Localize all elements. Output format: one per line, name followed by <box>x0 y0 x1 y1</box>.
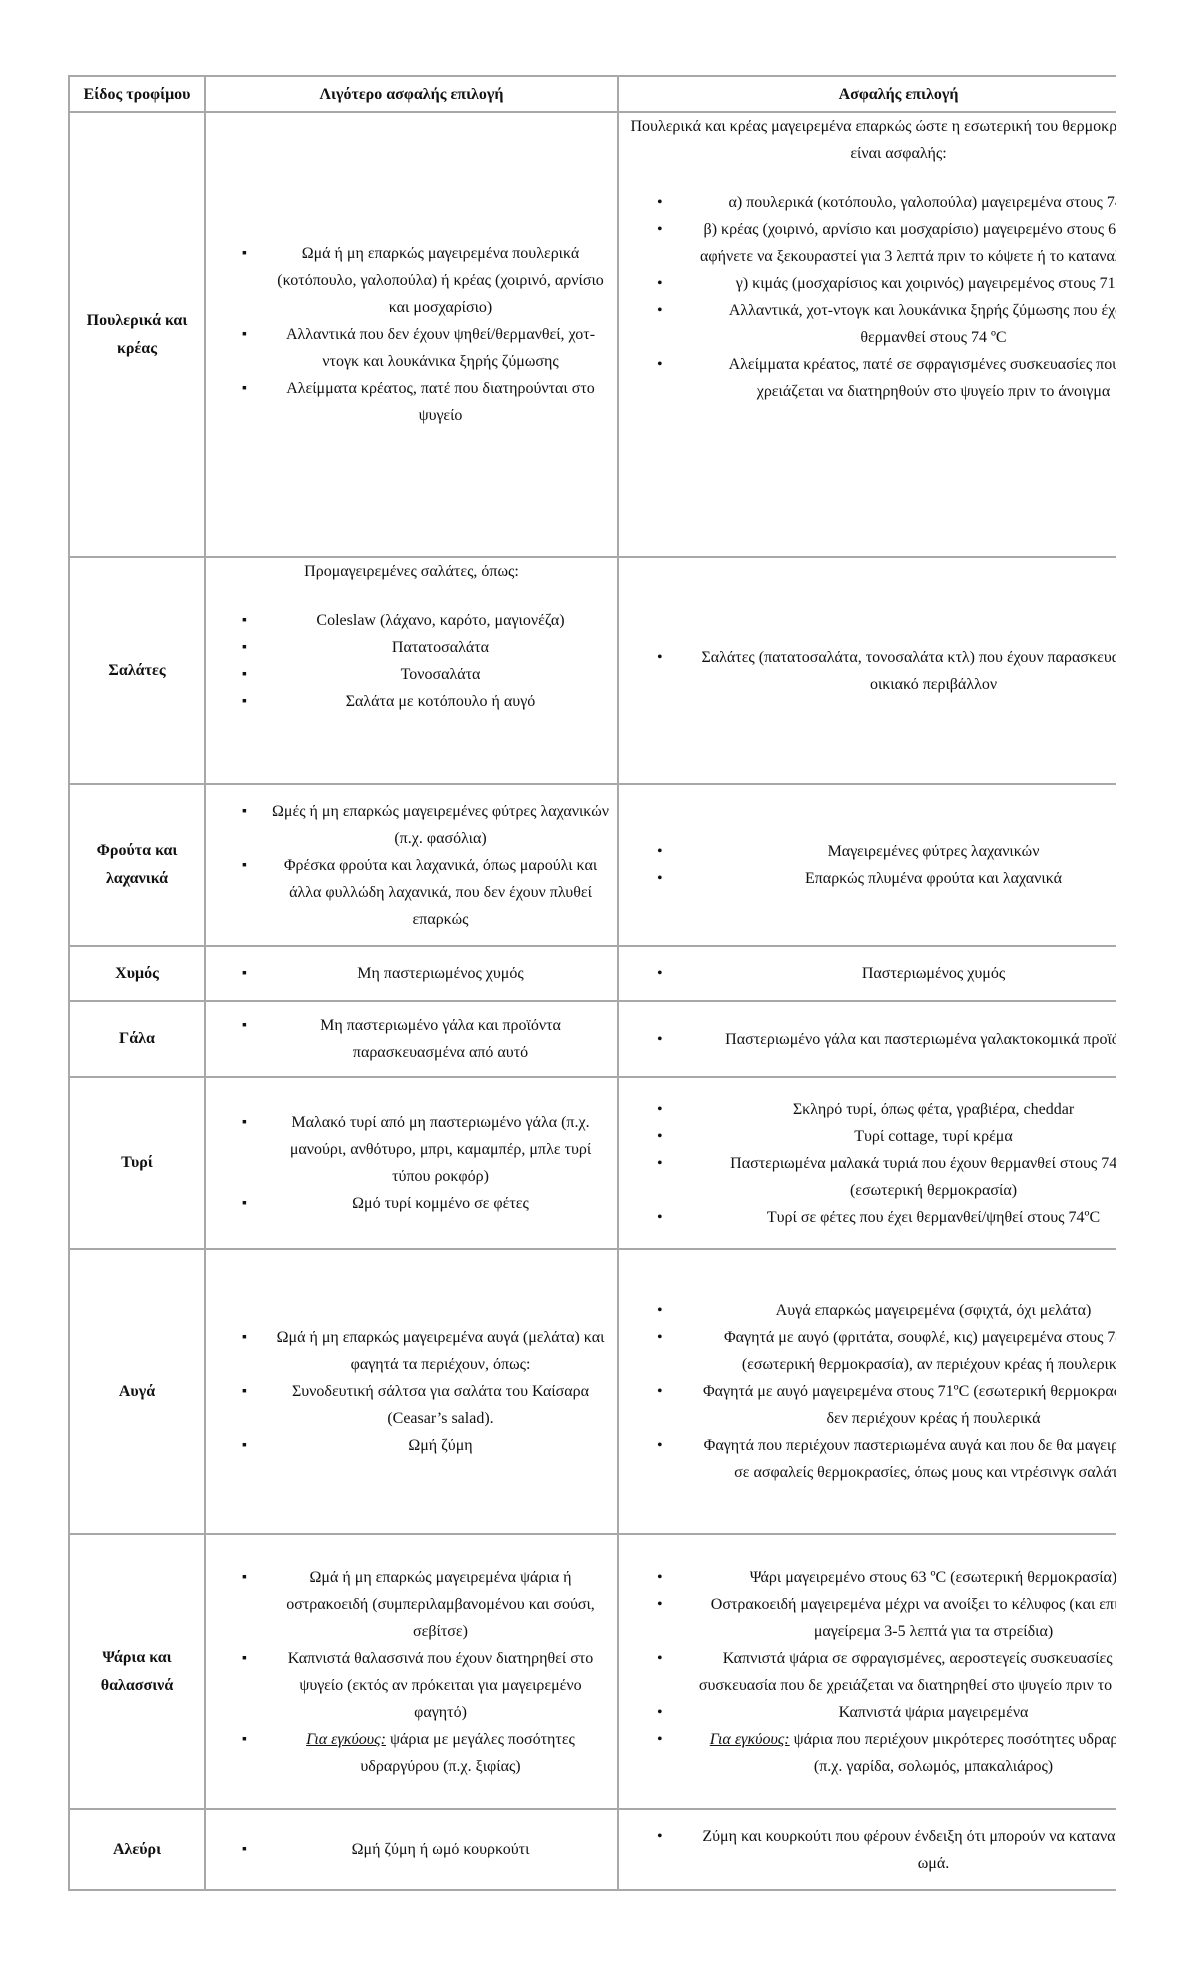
list-item: Ωμά ή μη επαρκώς μαγειρεμένα ψάρια ή οστ… <box>242 1564 609 1645</box>
list-item: Ψάρι μαγειρεμένο στους 63 ºC (εσωτερική … <box>657 1564 1116 1591</box>
list-item: Παστεριωμένο γάλα και παστεριωμένα γαλακ… <box>657 1026 1116 1053</box>
table-body: Πουλερικά και κρέαςΩμά ή μη επαρκώς μαγε… <box>69 112 1116 1890</box>
bullet-list: Ωμά ή μη επαρκώς μαγειρεμένα αυγά (μελάτ… <box>214 1324 609 1459</box>
list-item: Αλείμματα κρέατος, πατέ σε σφραγισμένες … <box>657 351 1116 405</box>
list-item: Οστρακοειδή μαγειρεμένα μέχρι να ανοίξει… <box>657 1591 1116 1645</box>
less-safe-cell: Μαλακό τυρί από μη παστεριωμένο γάλα (π.… <box>205 1077 618 1249</box>
list-item: Coleslaw (λάχανο, καρότο, μαγιονέζα) <box>242 607 609 634</box>
bullet-list: Ωμά ή μη επαρκώς μαγειρεμένα πουλερικά (… <box>214 240 609 429</box>
list-item: Αυγά επαρκώς μαγειρεμένα (σφιχτά, όχι με… <box>657 1297 1116 1324</box>
list-item: Ωμή ζύμη ή ωμό κουρκούτι <box>242 1836 609 1863</box>
food-category-cell: Τυρί <box>69 1077 205 1249</box>
list-item: Μαλακό τυρί από μη παστεριωμένο γάλα (π.… <box>242 1109 609 1190</box>
safe-cell: Πουλερικά και κρέας μαγειρεμένα επαρκώς … <box>618 112 1116 557</box>
list-item: Παστεριωμένα μαλακά τυριά που έχουν θερμ… <box>657 1150 1116 1204</box>
list-item: Για εγκύους: ψάρια που περιέχουν μικρότε… <box>657 1726 1116 1780</box>
list-item: Αλλαντικά που δεν έχουν ψηθεί/θερμανθεί,… <box>242 321 609 375</box>
list-item: Φρέσκα φρούτα και λαχανικά, όπως μαρούλι… <box>242 852 609 933</box>
list-item: Τονοσαλάτα <box>242 661 609 688</box>
list-item: Τυρί σε φέτες που έχει θερμανθεί/ψηθεί σ… <box>657 1204 1116 1231</box>
safe-cell: Σκληρό τυρί, όπως φέτα, γραβιέρα, chedda… <box>618 1077 1116 1249</box>
list-item: Αλλαντικά, χοτ-ντογκ και λουκάνικα ξηρής… <box>657 297 1116 351</box>
bullet-list: α) πουλερικά (κοτόπουλο, γαλοπούλα) μαγε… <box>627 189 1116 405</box>
table-row: Πουλερικά και κρέαςΩμά ή μη επαρκώς μαγε… <box>69 112 1116 557</box>
header-food-type: Είδος τροφίμου <box>69 76 205 112</box>
food-category-cell: Αυγά <box>69 1249 205 1534</box>
list-item: α) πουλερικά (κοτόπουλο, γαλοπούλα) μαγε… <box>657 189 1116 216</box>
safe-cell: Παστεριωμένο γάλα και παστεριωμένα γαλακ… <box>618 1001 1116 1077</box>
list-item: Σαλάτες (πατατοσαλάτα, τονοσαλάτα κτλ) π… <box>657 644 1116 698</box>
safe-cell: Μαγειρεμένες φύτρες λαχανικώνΕπαρκώς πλυ… <box>618 784 1116 946</box>
list-item: Καπνιστά θαλασσινά που έχουν διατηρηθεί … <box>242 1645 609 1726</box>
food-category-cell: Αλεύρι <box>69 1809 205 1890</box>
food-category-cell: Φρούτα και λαχανικά <box>69 784 205 946</box>
list-item: Φαγητά με αυγό μαγειρεμένα στους 71ºC (ε… <box>657 1378 1116 1432</box>
list-item: Σκληρό τυρί, όπως φέτα, γραβιέρα, chedda… <box>657 1096 1116 1123</box>
bullet-list: Μη παστεριωμένο γάλα και προϊόντα παρασκ… <box>214 1012 609 1066</box>
list-item: Μη παστεριωμένο γάλα και προϊόντα παρασκ… <box>242 1012 609 1066</box>
safe-cell: Ψάρι μαγειρεμένο στους 63 ºC (εσωτερική … <box>618 1534 1116 1809</box>
list-item: Μη παστεριωμένος χυμός <box>242 960 609 987</box>
bullet-list: Παστεριωμένο γάλα και παστεριωμένα γαλακ… <box>627 1026 1116 1053</box>
list-item: Μαγειρεμένες φύτρες λαχανικών <box>657 838 1116 865</box>
table-row: Φρούτα και λαχανικάΩμές ή μη επαρκώς μαγ… <box>69 784 1116 946</box>
safe-cell: Σαλάτες (πατατοσαλάτα, τονοσαλάτα κτλ) π… <box>618 557 1116 784</box>
bullet-list: Ψάρι μαγειρεμένο στους 63 ºC (εσωτερική … <box>627 1564 1116 1780</box>
table-row: ΓάλαΜη παστεριωμένο γάλα και προϊόντα πα… <box>69 1001 1116 1077</box>
list-item: Αλείμματα κρέατος, πατέ που διατηρούνται… <box>242 375 609 429</box>
cell-intro-text: Πουλερικά και κρέας μαγειρεμένα επαρκώς … <box>627 113 1116 167</box>
food-category-cell: Χυμός <box>69 946 205 1001</box>
bullet-list: Σκληρό τυρί, όπως φέτα, γραβιέρα, chedda… <box>627 1096 1116 1231</box>
table-row: ΣαλάτεςΠρομαγειρεμένες σαλάτες, όπως:Col… <box>69 557 1116 784</box>
less-safe-cell: Ωμά ή μη επαρκώς μαγειρεμένα πουλερικά (… <box>205 112 618 557</box>
table-row: ΤυρίΜαλακό τυρί από μη παστεριωμένο γάλα… <box>69 1077 1116 1249</box>
header-safe: Ασφαλής επιλογή <box>618 76 1116 112</box>
list-item: Καπνιστά ψάρια μαγειρεμένα <box>657 1699 1116 1726</box>
list-item: Ωμή ζύμη <box>242 1432 609 1459</box>
bullet-list: Coleslaw (λάχανο, καρότο, μαγιονέζα)Πατα… <box>214 607 609 715</box>
bullet-list: Μαλακό τυρί από μη παστεριωμένο γάλα (π.… <box>214 1109 609 1217</box>
less-safe-cell: Μη παστεριωμένος χυμός <box>205 946 618 1001</box>
list-item: Επαρκώς πλυμένα φρούτα και λαχανικά <box>657 865 1116 892</box>
list-item: Για εγκύους: ψάρια με μεγάλες ποσότητες … <box>242 1726 609 1780</box>
bullet-list: Ζύμη και κουρκούτι που φέρουν ένδειξη ότ… <box>627 1823 1116 1877</box>
safe-cell: Παστεριωμένος χυμός <box>618 946 1116 1001</box>
less-safe-cell: Προμαγειρεμένες σαλάτες, όπως:Coleslaw (… <box>205 557 618 784</box>
list-item: Ωμά ή μη επαρκώς μαγειρεμένα πουλερικά (… <box>242 240 609 321</box>
safe-cell: Ζύμη και κουρκούτι που φέρουν ένδειξη ότ… <box>618 1809 1116 1890</box>
table-row: ΑυγάΩμά ή μη επαρκώς μαγειρεμένα αυγά (μ… <box>69 1249 1116 1534</box>
cell-intro-text: Προμαγειρεμένες σαλάτες, όπως: <box>214 558 609 585</box>
list-item: Πατατοσαλάτα <box>242 634 609 661</box>
bullet-list: Ωμή ζύμη ή ωμό κουρκούτι <box>214 1836 609 1863</box>
list-item: Ζύμη και κουρκούτι που φέρουν ένδειξη ότ… <box>657 1823 1116 1877</box>
less-safe-cell: Μη παστεριωμένο γάλα και προϊόντα παρασκ… <box>205 1001 618 1077</box>
less-safe-cell: Ωμά ή μη επαρκώς μαγειρεμένα αυγά (μελάτ… <box>205 1249 618 1534</box>
table-row: ΧυμόςΜη παστεριωμένος χυμόςΠαστεριωμένος… <box>69 946 1116 1001</box>
food-category-cell: Ψάρια και θαλασσινά <box>69 1534 205 1809</box>
list-item: Φαγητά με αυγό (φριτάτα, σουφλέ, κις) μα… <box>657 1324 1116 1378</box>
bullet-list: Ωμά ή μη επαρκώς μαγειρεμένα ψάρια ή οστ… <box>214 1564 609 1780</box>
bullet-list: Παστεριωμένος χυμός <box>627 960 1116 987</box>
food-category-cell: Σαλάτες <box>69 557 205 784</box>
less-safe-cell: Ωμά ή μη επαρκώς μαγειρεμένα ψάρια ή οστ… <box>205 1534 618 1809</box>
food-category-cell: Γάλα <box>69 1001 205 1077</box>
list-item: Καπνιστά ψάρια σε σφραγισμένες, αεροστεγ… <box>657 1645 1116 1699</box>
less-safe-cell: Ωμή ζύμη ή ωμό κουρκούτι <box>205 1809 618 1890</box>
bullet-list: Μαγειρεμένες φύτρες λαχανικώνΕπαρκώς πλυ… <box>627 838 1116 892</box>
bullet-list: Ωμές ή μη επαρκώς μαγειρεμένες φύτρες λα… <box>214 798 609 933</box>
food-safety-table: Είδος τροφίμου Λιγότερο ασφαλής επιλογή … <box>68 75 1116 1891</box>
bullet-list: Μη παστεριωμένος χυμός <box>214 960 609 987</box>
bullet-list: Σαλάτες (πατατοσαλάτα, τονοσαλάτα κτλ) π… <box>627 644 1116 698</box>
list-item: β) κρέας (χοιρινό, αρνίσιο και μοσχαρίσι… <box>657 216 1116 270</box>
list-item: Τυρί cottage, τυρί κρέμα <box>657 1123 1116 1150</box>
list-item: Ωμά ή μη επαρκώς μαγειρεμένα αυγά (μελάτ… <box>242 1324 609 1378</box>
list-item: Σαλάτα με κοτόπουλο ή αυγό <box>242 688 609 715</box>
less-safe-cell: Ωμές ή μη επαρκώς μαγειρεμένες φύτρες λα… <box>205 784 618 946</box>
bullet-list: Αυγά επαρκώς μαγειρεμένα (σφιχτά, όχι με… <box>627 1297 1116 1486</box>
pregnancy-note-label: Για εγκύους: <box>710 1731 790 1748</box>
safe-cell: Αυγά επαρκώς μαγειρεμένα (σφιχτά, όχι με… <box>618 1249 1116 1534</box>
list-item: Παστεριωμένος χυμός <box>657 960 1116 987</box>
table-row: ΑλεύριΩμή ζύμη ή ωμό κουρκούτιΖύμη και κ… <box>69 1809 1116 1890</box>
table-header-row: Είδος τροφίμου Λιγότερο ασφαλής επιλογή … <box>69 76 1116 112</box>
list-item: Ωμές ή μη επαρκώς μαγειρεμένες φύτρες λα… <box>242 798 609 852</box>
list-item: Συνοδευτική σάλτσα για σαλάτα του Καίσαρ… <box>242 1378 609 1432</box>
food-category-cell: Πουλερικά και κρέας <box>69 112 205 557</box>
food-safety-table-container: Είδος τροφίμου Λιγότερο ασφαλής επιλογή … <box>68 75 1116 1891</box>
pregnancy-note-label: Για εγκύους: <box>306 1731 386 1748</box>
list-item: γ) κιμάς (μοσχαρίσιος και χοιρινός) μαγε… <box>657 270 1116 297</box>
header-less-safe: Λιγότερο ασφαλής επιλογή <box>205 76 618 112</box>
list-item: Ωμό τυρί κομμένο σε φέτες <box>242 1190 609 1217</box>
list-item: Φαγητά που περιέχουν παστεριωμένα αυγά κ… <box>657 1432 1116 1486</box>
table-row: Ψάρια και θαλασσινάΩμά ή μη επαρκώς μαγε… <box>69 1534 1116 1809</box>
